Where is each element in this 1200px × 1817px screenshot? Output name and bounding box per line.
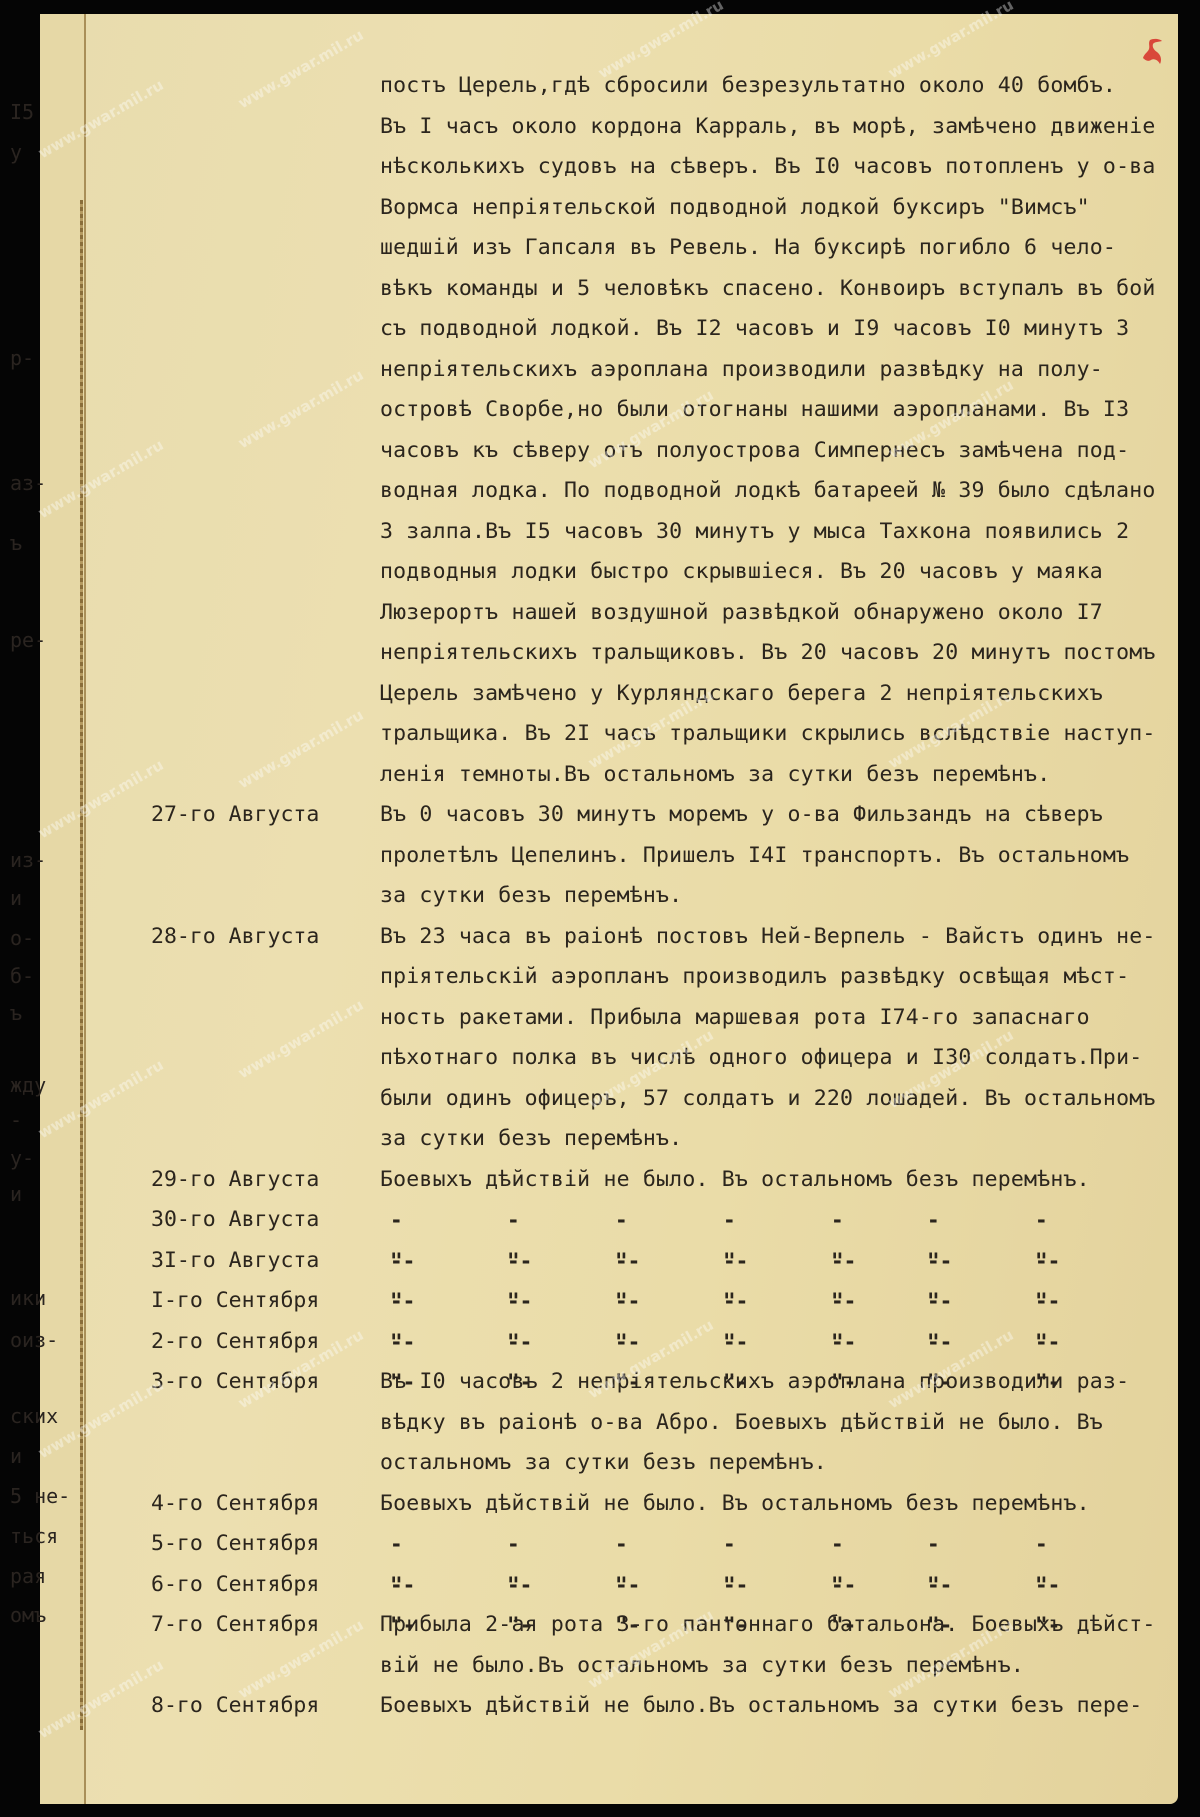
text-line: пѣхотнаго полка въ числѣ одного офицера … <box>380 1038 1142 1079</box>
entry-date: 5-го Сентября <box>151 1524 319 1565</box>
entry-date: 3-го Сентября <box>151 1362 319 1403</box>
text-line: Вормса непріятельской подводной лодкой б… <box>380 188 1090 229</box>
entry-date: 30-го Августа <box>151 1200 319 1241</box>
text-line: шедшій изъ Гапсаля въ Ревель. На буксирѣ… <box>380 228 1116 269</box>
text-line: пріятельскій аэропланъ производилъ развѣ… <box>380 957 1129 998</box>
text-line: постъ Церель,гдѣ сбросили безрезультатно… <box>380 66 1116 107</box>
text-line: вѣкъ команды и 5 человѣкъ спасено. Конво… <box>380 269 1156 310</box>
margin-fragment: омъ <box>10 1603 46 1627</box>
text-line: Въ 23 часа въ раіонѣ постовъ Ней-Верпель… <box>380 917 1156 958</box>
margin-fragment: б- <box>10 964 34 988</box>
entry-date: 8-го Сентября <box>151 1686 319 1727</box>
text-line: вѣдку въ раіонѣ о-ва Абро. Боевыхъ дѣйст… <box>380 1403 1103 1444</box>
text-line: Въ 0 часовъ 30 минутъ моремъ у о-ва Филь… <box>380 795 1103 836</box>
margin-fragment: и <box>10 1182 22 1206</box>
entry-date: 4-го Сентября <box>151 1484 319 1525</box>
text-line: непріятельскихъ аэроплана производили ра… <box>380 350 1103 391</box>
margin-fragment: 5 не- <box>10 1484 70 1508</box>
text-line: Боевыхъ дѣйствій не было. Въ остальномъ … <box>380 1160 1090 1201</box>
page-number-mark-icon <box>1140 38 1164 70</box>
text-line: водная лодка. По подводной лодкѣ батарее… <box>380 471 1156 512</box>
binding-thread <box>80 200 83 1730</box>
entry-date: 3I-го Августа <box>151 1241 319 1282</box>
margin-fragment: из- <box>10 848 46 872</box>
margin-fragment: о- <box>10 926 34 950</box>
margin-fragment: у <box>10 140 22 164</box>
text-line: Боевыхъ дѣйствій не было. Въ остальномъ … <box>380 1484 1090 1525</box>
text-line: остальномъ за сутки безъ перемѣнъ. <box>380 1443 827 1484</box>
margin-fragment: ъ <box>10 531 22 555</box>
margin-fragment: I5 <box>10 100 34 124</box>
margin-fragment: оиз- <box>10 1328 58 1352</box>
margin-fragment: ться <box>10 1524 58 1548</box>
entry-date: 28-го Августа <box>151 917 319 958</box>
entry-date: 6-го Сентября <box>151 1565 319 1606</box>
entry-date: I-го Сентября <box>151 1281 319 1322</box>
text-line: вій не было.Въ остальномъ за сутки безъ … <box>380 1646 1024 1687</box>
text-line: островѣ Сворбе,но были отогнаны нашими а… <box>380 390 1129 431</box>
text-line: подводныя лодки быстро скрывшіеся. Въ 20… <box>380 552 1103 593</box>
text-line: тральщика. Въ 2I часъ тральщики скрылись… <box>380 714 1156 755</box>
entry-date: 29-го Августа <box>151 1160 319 1201</box>
text-line: за сутки безъ перемѣнъ. <box>380 876 682 917</box>
text-line: пролетѣлъ Цепелинъ. Пришелъ I4I транспор… <box>380 836 1129 877</box>
entry-date: 2-го Сентября <box>151 1322 319 1363</box>
text-line: Церель замѣчено у Курляндскаго берега 2 … <box>380 674 1103 715</box>
margin-fragment: ре- <box>10 628 46 652</box>
margin-fragment: аз- <box>10 471 46 495</box>
margin-fragment: - <box>10 1108 22 1132</box>
text-line: Люзерортъ нашей воздушной развѣдкой обна… <box>380 593 1103 634</box>
entry-date: 7-го Сентября <box>151 1605 319 1646</box>
text-line: 3 залпа.Въ I5 часовъ 30 минутъ у мыса Та… <box>380 512 1129 553</box>
margin-fragment: рая <box>10 1564 46 1588</box>
text-line: часовъ къ сѣверу отъ полуострова Симперн… <box>380 431 1129 472</box>
text-line: ность ракетами. Прибыла маршевая рота I7… <box>380 998 1090 1039</box>
margin-fragment: и <box>10 1444 22 1468</box>
margin-fragment: ъ <box>10 1001 22 1025</box>
margin-fragment: жду <box>10 1073 46 1097</box>
entry-date: 27-го Августа <box>151 795 319 836</box>
text-line: Въ I часъ около кордона Карраль, въ морѣ… <box>380 107 1156 148</box>
text-line: ленія темноты.Въ остальномъ за сутки без… <box>380 755 1050 796</box>
margin-fragment: р- <box>10 346 34 370</box>
text-line: Прибыла 2-ая рота 3-го пантоннаго баталь… <box>380 1605 1156 1646</box>
text-line: нѣсколькихъ судовъ на сѣверъ. Въ I0 часо… <box>380 147 1156 188</box>
margin-fragment: ики <box>10 1286 46 1310</box>
text-line: были одинъ офицеръ, 57 солдатъ и 220 лош… <box>380 1079 1156 1120</box>
text-line: за сутки безъ перемѣнъ. <box>380 1119 682 1160</box>
text-line: Боевыхъ дѣйствій не было.Въ остальномъ з… <box>380 1686 1142 1727</box>
text-line: непріятельскихъ тральщиковъ. Въ 20 часов… <box>380 633 1156 674</box>
margin-fragment: ских <box>10 1404 58 1428</box>
margin-fragment: у- <box>10 1146 34 1170</box>
margin-fragment: и <box>10 886 22 910</box>
text-line: съ подводной лодкой. Въ I2 часовъ и I9 ч… <box>380 309 1129 350</box>
text-line: Въ I0 часовъ 2 непріятельскихъ аэроплана… <box>380 1362 1129 1403</box>
